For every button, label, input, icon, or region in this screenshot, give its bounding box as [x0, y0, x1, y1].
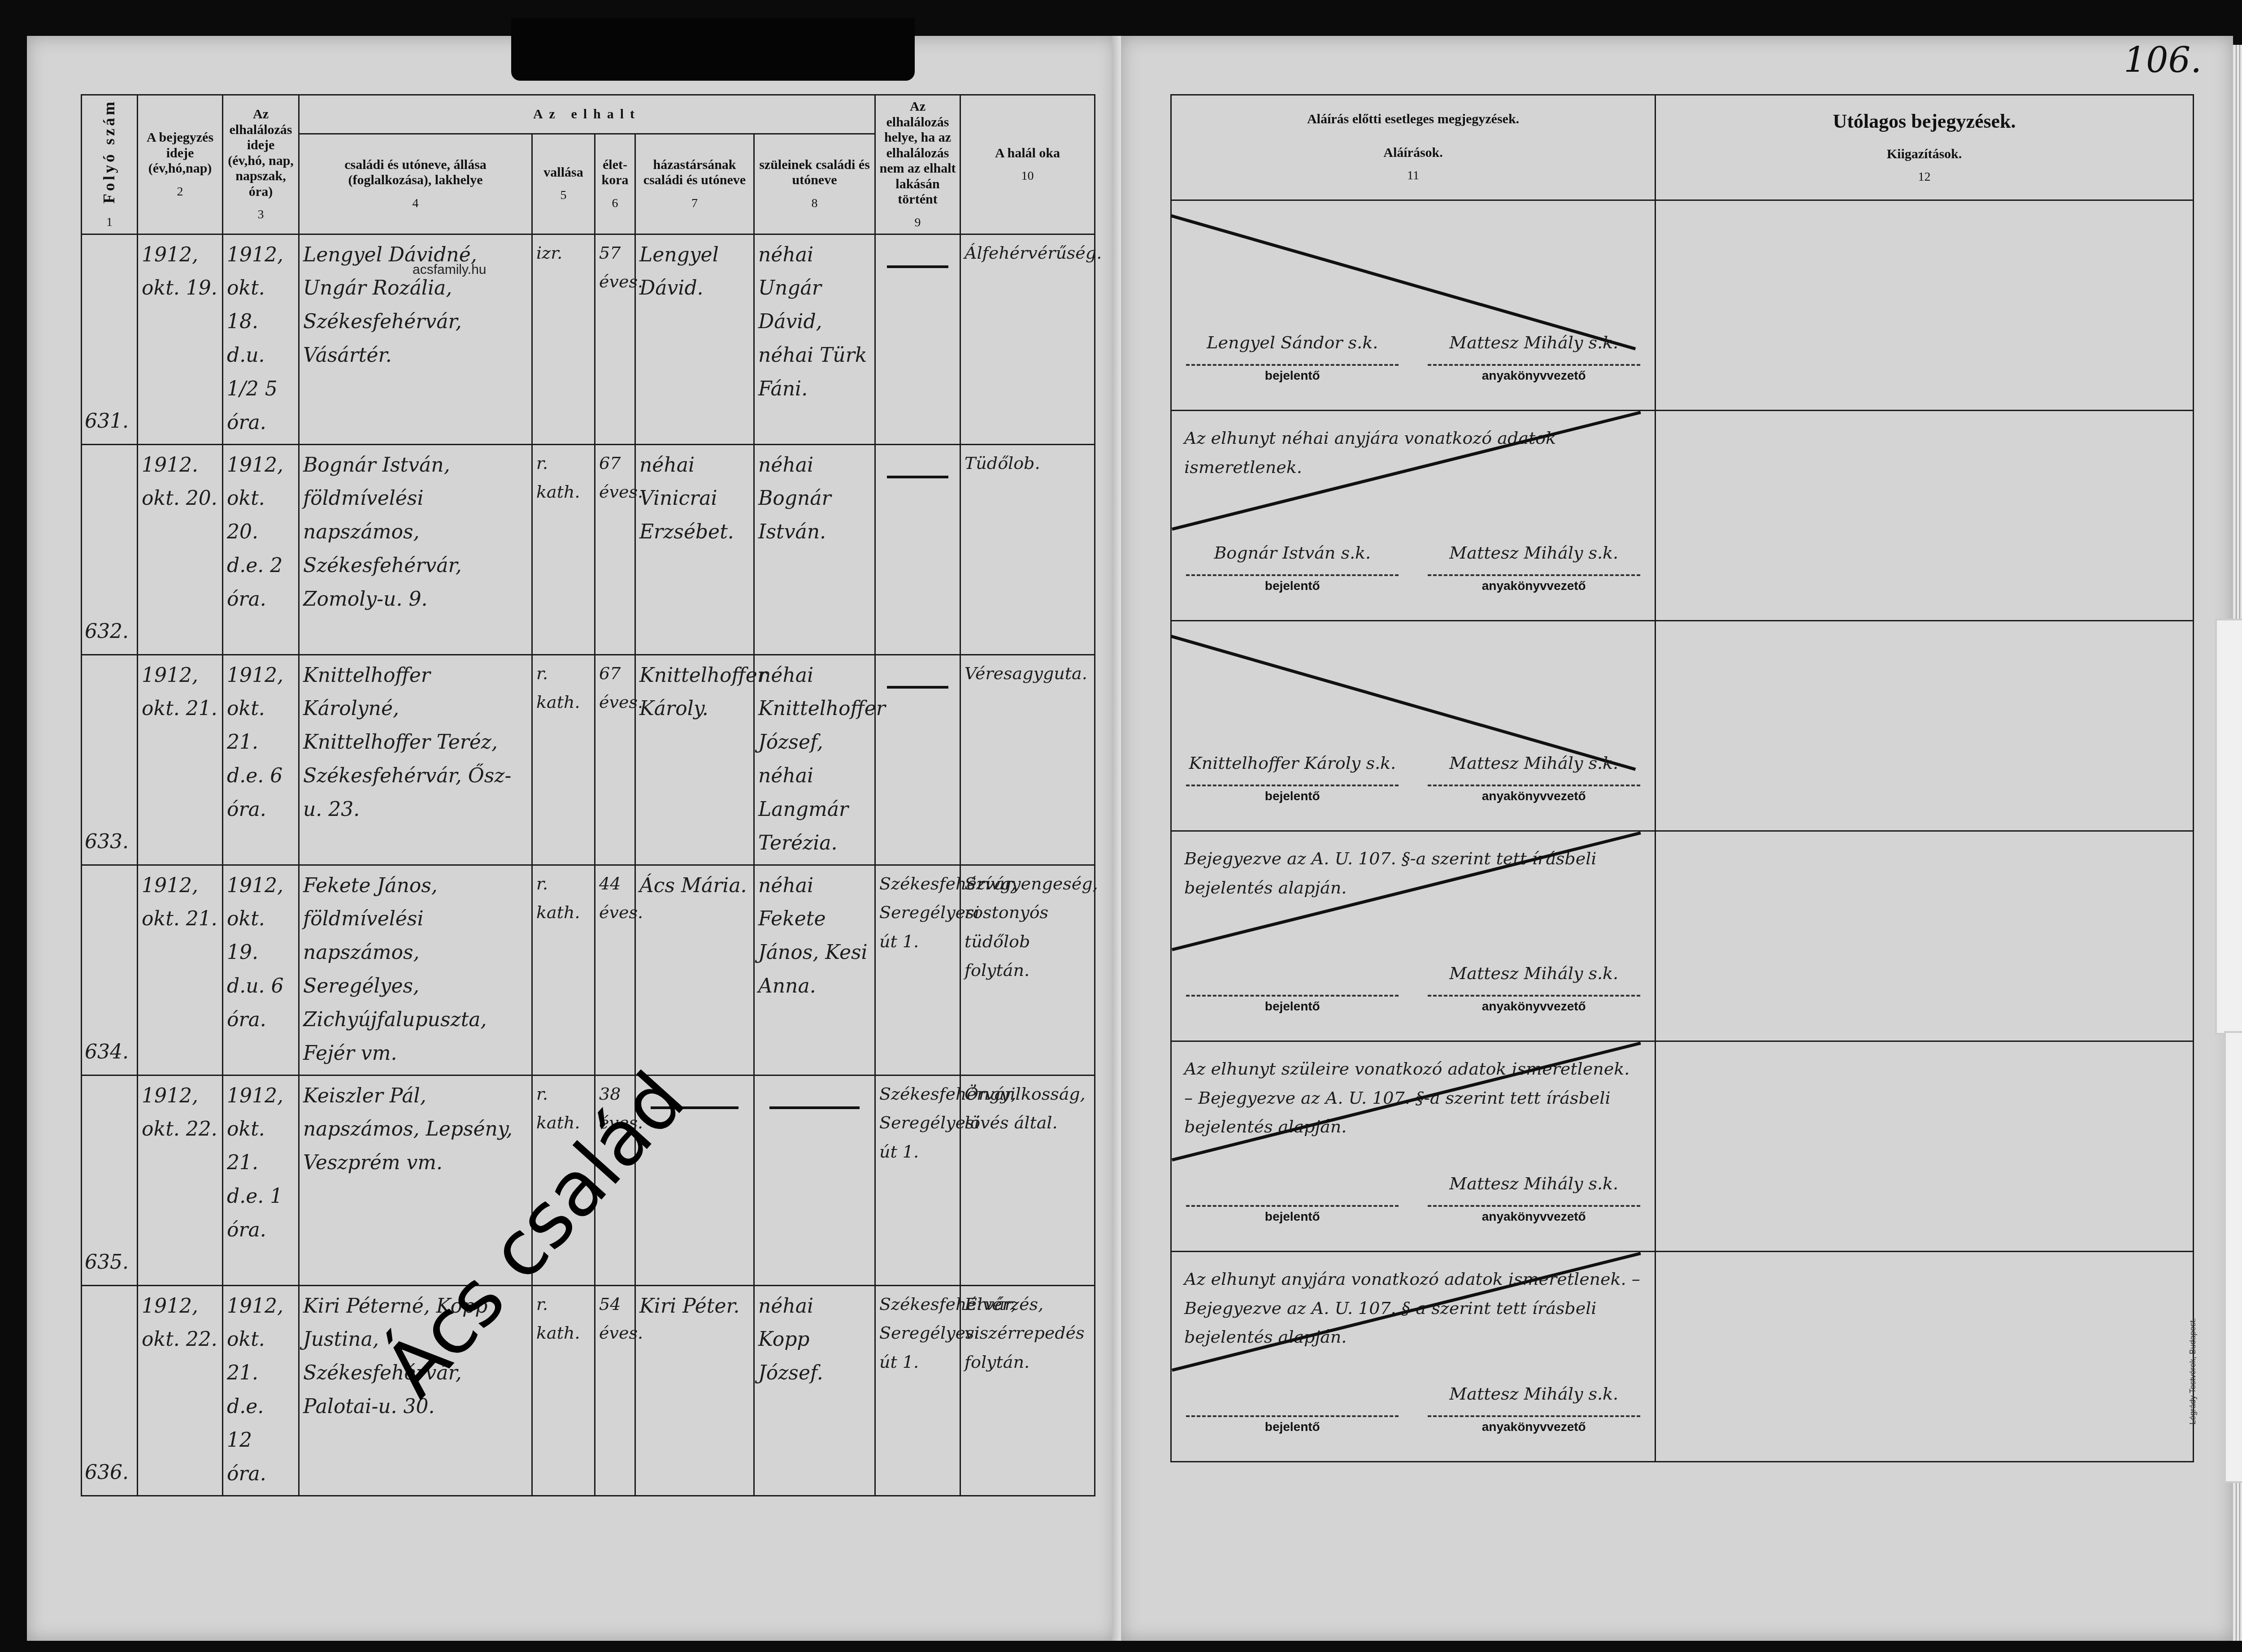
table-row: Knittelhoffer Károly s.k. bejelentő Matt…	[1171, 621, 2194, 831]
cell-spouse: Kiri Péter.	[635, 1285, 754, 1496]
soiled-document-card: Soiled Document Tolla papír	[2224, 1031, 2242, 1483]
table-row: Lengyel Sándor s.k. bejelentő Mattesz Mi…	[1171, 200, 2194, 411]
registrar-signature: Mattesz Mihály s.k. anyakönyvvezető	[1428, 1379, 1640, 1434]
entry-number: 631.	[82, 234, 138, 444]
cell-religion: r. kath.	[532, 655, 595, 865]
cell-died: 1912, okt. 21. d.e. 1 óra.	[223, 1075, 299, 1285]
header-col6: élet-kora6	[595, 134, 635, 234]
cell-spouse: Lengyel Dávid.	[635, 234, 754, 444]
registrar-signature: Mattesz Mihály s.k. anyakönyvvezető	[1428, 1169, 1640, 1224]
page-number: 106.	[2124, 40, 2202, 81]
cell-age: 54 éves.	[595, 1285, 635, 1496]
cell-parents	[754, 1075, 875, 1285]
header-col10: A halál oka10	[960, 95, 1095, 234]
cell-registered: 1912, okt. 19.	[138, 234, 223, 444]
cell-age: 44 éves.	[595, 865, 635, 1075]
cell-age: 67 éves.	[595, 444, 635, 655]
cell-parents: néhai Fekete János, Kesi Anna.	[754, 865, 875, 1075]
death-register-right-table: Aláírás előtti esetleges megjegyzések. A…	[1170, 94, 2194, 1462]
entry-number: 636.	[82, 1285, 138, 1496]
header-col11: Aláírás előtti esetleges megjegyzések. A…	[1171, 95, 1655, 200]
cell-place	[875, 444, 960, 655]
cell-religion: r. kath.	[532, 865, 595, 1075]
cell-parents: néhai Knittelhoffer József, néhai Langmá…	[754, 655, 875, 865]
reporter-signature: bejelentő	[1186, 1169, 1399, 1224]
cell-parents: néhai Ungár Dávid, néhai Türk Fáni.	[754, 234, 875, 444]
remarks-cell: Bejegyezve az A. U. 107. §-a szerint tet…	[1171, 831, 1655, 1041]
reporter-signature: Knittelhoffer Károly s.k. bejelentő	[1186, 749, 1399, 803]
header-col7: házastársának családi és utóneve7	[635, 134, 754, 234]
table-row: 633.1912, okt. 21.1912, okt. 21. d.e. 6 …	[82, 655, 1095, 865]
cell-registered: 1912, okt. 22.	[138, 1285, 223, 1496]
header-col8: szüleinek családi és utóneve8	[754, 134, 875, 234]
website-watermark: acsfamily.hu	[413, 262, 487, 278]
empty-dash	[887, 265, 948, 268]
cell-registered: 1912, okt. 22.	[138, 1075, 223, 1285]
printer-imprint: Légrády Testvérek, Budapest.	[2188, 1318, 2198, 1425]
register-book-spread: 106. Folyó szám1 A bejegyzés ideje (év,h…	[27, 18, 2224, 1641]
cell-died: 1912, okt. 18. d.u. 1/2 5 óra.	[223, 234, 299, 444]
cell-religion: izr.	[532, 234, 595, 444]
signature-area: bejelentő Mattesz Mihály s.k. anyakönyvv…	[1172, 959, 1655, 1014]
table-row: 636.1912, okt. 22.1912, okt. 21. d.e. 12…	[82, 1285, 1095, 1496]
remarks-cell: Az elhunyt anyjára vonatkozó adatok isme…	[1171, 1252, 1655, 1462]
table-row: 632.1912. okt. 20.1912, okt. 20. d.e. 2 …	[82, 444, 1095, 655]
signature-area: bejelentő Mattesz Mihály s.k. anyakönyvv…	[1172, 1379, 1655, 1434]
entry-number: 635.	[82, 1075, 138, 1285]
header-group-deceased: Az elhalt	[299, 95, 875, 134]
signature-area: Knittelhoffer Károly s.k. bejelentő Matt…	[1172, 749, 1655, 803]
cell-cause: Véresagyguta.	[960, 655, 1095, 865]
cell-cause: Álfehérvérűség.	[960, 234, 1095, 444]
empty-dash	[887, 686, 948, 689]
registrar-signature: Mattesz Mihály s.k. anyakönyvvezető	[1428, 749, 1640, 803]
cell-cause: Szívgyengeség, rostonyós tüdőlob folytán…	[960, 865, 1095, 1075]
reporter-signature: bejelentő	[1186, 1379, 1399, 1434]
cell-name-address: Bognár István, földmívelési napszámos, S…	[299, 444, 532, 655]
cell-name-address: Fekete János, földmívelési napszámos, Se…	[299, 865, 532, 1075]
cell-name-address: Knittelhoffer Károlyné, Knittelhoffer Te…	[299, 655, 532, 865]
later-entries-cell	[1655, 621, 2194, 831]
cell-cause: Elvérzés, viszérrepedés folytán.	[960, 1285, 1095, 1496]
cell-spouse: néhai Vinicrai Erzsébet.	[635, 444, 754, 655]
cell-died: 1912, okt. 21. d.e. 12 óra.	[223, 1285, 299, 1496]
cell-religion: r. kath.	[532, 444, 595, 655]
header-col12: Utólagos bejegyzések. Kiigazítások. 12	[1655, 95, 2194, 200]
death-register-left-table: Folyó szám1 A bejegyzés ideje (év,hó,nap…	[81, 94, 1095, 1496]
later-entries-cell	[1655, 200, 2194, 411]
remarks-cell: Az elhunyt néhai anyjára vonatkozó adato…	[1171, 411, 1655, 621]
table-row: 634.1912, okt. 21.1912, okt. 19. d.u. 6 …	[82, 865, 1095, 1075]
header-col9: Az elhalálozás helye, ha az elhalálozás …	[875, 95, 960, 234]
table-row: 631.1912, okt. 19.1912, okt. 18. d.u. 1/…	[82, 234, 1095, 444]
later-entries-cell	[1655, 411, 2194, 621]
later-entries-cell	[1655, 831, 2194, 1041]
cell-spouse: Knittelhoffer Károly.	[635, 655, 754, 865]
registrar-signature: Mattesz Mihály s.k. anyakönyvvezető	[1428, 328, 1640, 383]
cell-place: Székesfehérvár, Seregélyesi út 1.	[875, 865, 960, 1075]
header-col2: A bejegyzés ideje (év,hó,nap)2	[138, 95, 223, 234]
entry-number: 633.	[82, 655, 138, 865]
signature-area: bejelentő Mattesz Mihály s.k. anyakönyvv…	[1172, 1169, 1655, 1224]
reporter-signature: Bognár István s.k. bejelentő	[1186, 538, 1399, 593]
cell-place	[875, 234, 960, 444]
later-entries-cell	[1655, 1252, 2194, 1462]
table-row: Az elhunyt szüleire vonatkozó adatok ism…	[1171, 1041, 2194, 1252]
cell-cause: Tüdőlob.	[960, 444, 1095, 655]
cell-parents: néhai Bognár István.	[754, 444, 875, 655]
cell-registered: 1912, okt. 21.	[138, 655, 223, 865]
cell-place: Székesfehérvár, Seregélyesi út 1.	[875, 1285, 960, 1496]
entry-number: 634.	[82, 865, 138, 1075]
table-row: Az elhunyt anyjára vonatkozó adatok isme…	[1171, 1252, 2194, 1462]
cell-age: 57 éves.	[595, 234, 635, 444]
intentionally-refilmed-card: INTENTIONALLY REFILMED	[2215, 619, 2242, 1035]
cell-place	[875, 655, 960, 865]
header-col4: családi és utóneve, állása (foglalkozása…	[299, 134, 532, 234]
remarks-cell: Lengyel Sándor s.k. bejelentő Mattesz Mi…	[1171, 200, 1655, 411]
table-row: Bejegyezve az A. U. 107. §-a szerint tet…	[1171, 831, 2194, 1041]
cell-cause: Öngyilkosság, lövés által.	[960, 1075, 1095, 1285]
registrar-signature: Mattesz Mihály s.k. anyakönyvvezető	[1428, 538, 1640, 593]
signature-area: Bognár István s.k. bejelentő Mattesz Mih…	[1172, 538, 1655, 593]
remarks-cell: Knittelhoffer Károly s.k. bejelentő Matt…	[1171, 621, 1655, 831]
table-row: Az elhunyt néhai anyjára vonatkozó adato…	[1171, 411, 2194, 621]
empty-dash	[887, 476, 948, 478]
signature-area: Lengyel Sándor s.k. bejelentő Mattesz Mi…	[1172, 328, 1655, 383]
header-col3: Az elhalálozás ideje (év,hó, nap, napsza…	[223, 95, 299, 234]
reporter-signature: Lengyel Sándor s.k. bejelentő	[1186, 328, 1399, 383]
cell-parents: néhai Kopp József.	[754, 1285, 875, 1496]
cell-religion: r. kath.	[532, 1285, 595, 1496]
header-col1: Folyó szám1	[82, 95, 138, 234]
empty-dash	[769, 1106, 860, 1109]
header-col5: vallása5	[532, 134, 595, 234]
cell-died: 1912, okt. 20. d.e. 2 óra.	[223, 444, 299, 655]
reporter-signature: bejelentő	[1186, 959, 1399, 1014]
cell-place: Székesfehérvár, Seregélyesi út 1.	[875, 1075, 960, 1285]
registrar-signature: Mattesz Mihály s.k. anyakönyvvezető	[1428, 959, 1640, 1014]
entry-number: 632.	[82, 444, 138, 655]
cell-spouse: Ács Mária.	[635, 865, 754, 1075]
cell-died: 1912, okt. 19. d.u. 6 óra.	[223, 865, 299, 1075]
cell-age: 67 éves.	[595, 655, 635, 865]
later-entries-cell	[1655, 1041, 2194, 1252]
cell-registered: 1912, okt. 21.	[138, 865, 223, 1075]
cell-died: 1912, okt. 21. d.e. 6 óra.	[223, 655, 299, 865]
cell-registered: 1912. okt. 20.	[138, 444, 223, 655]
black-tab	[511, 18, 915, 81]
remarks-cell: Az elhunyt szüleire vonatkozó adatok ism…	[1171, 1041, 1655, 1252]
